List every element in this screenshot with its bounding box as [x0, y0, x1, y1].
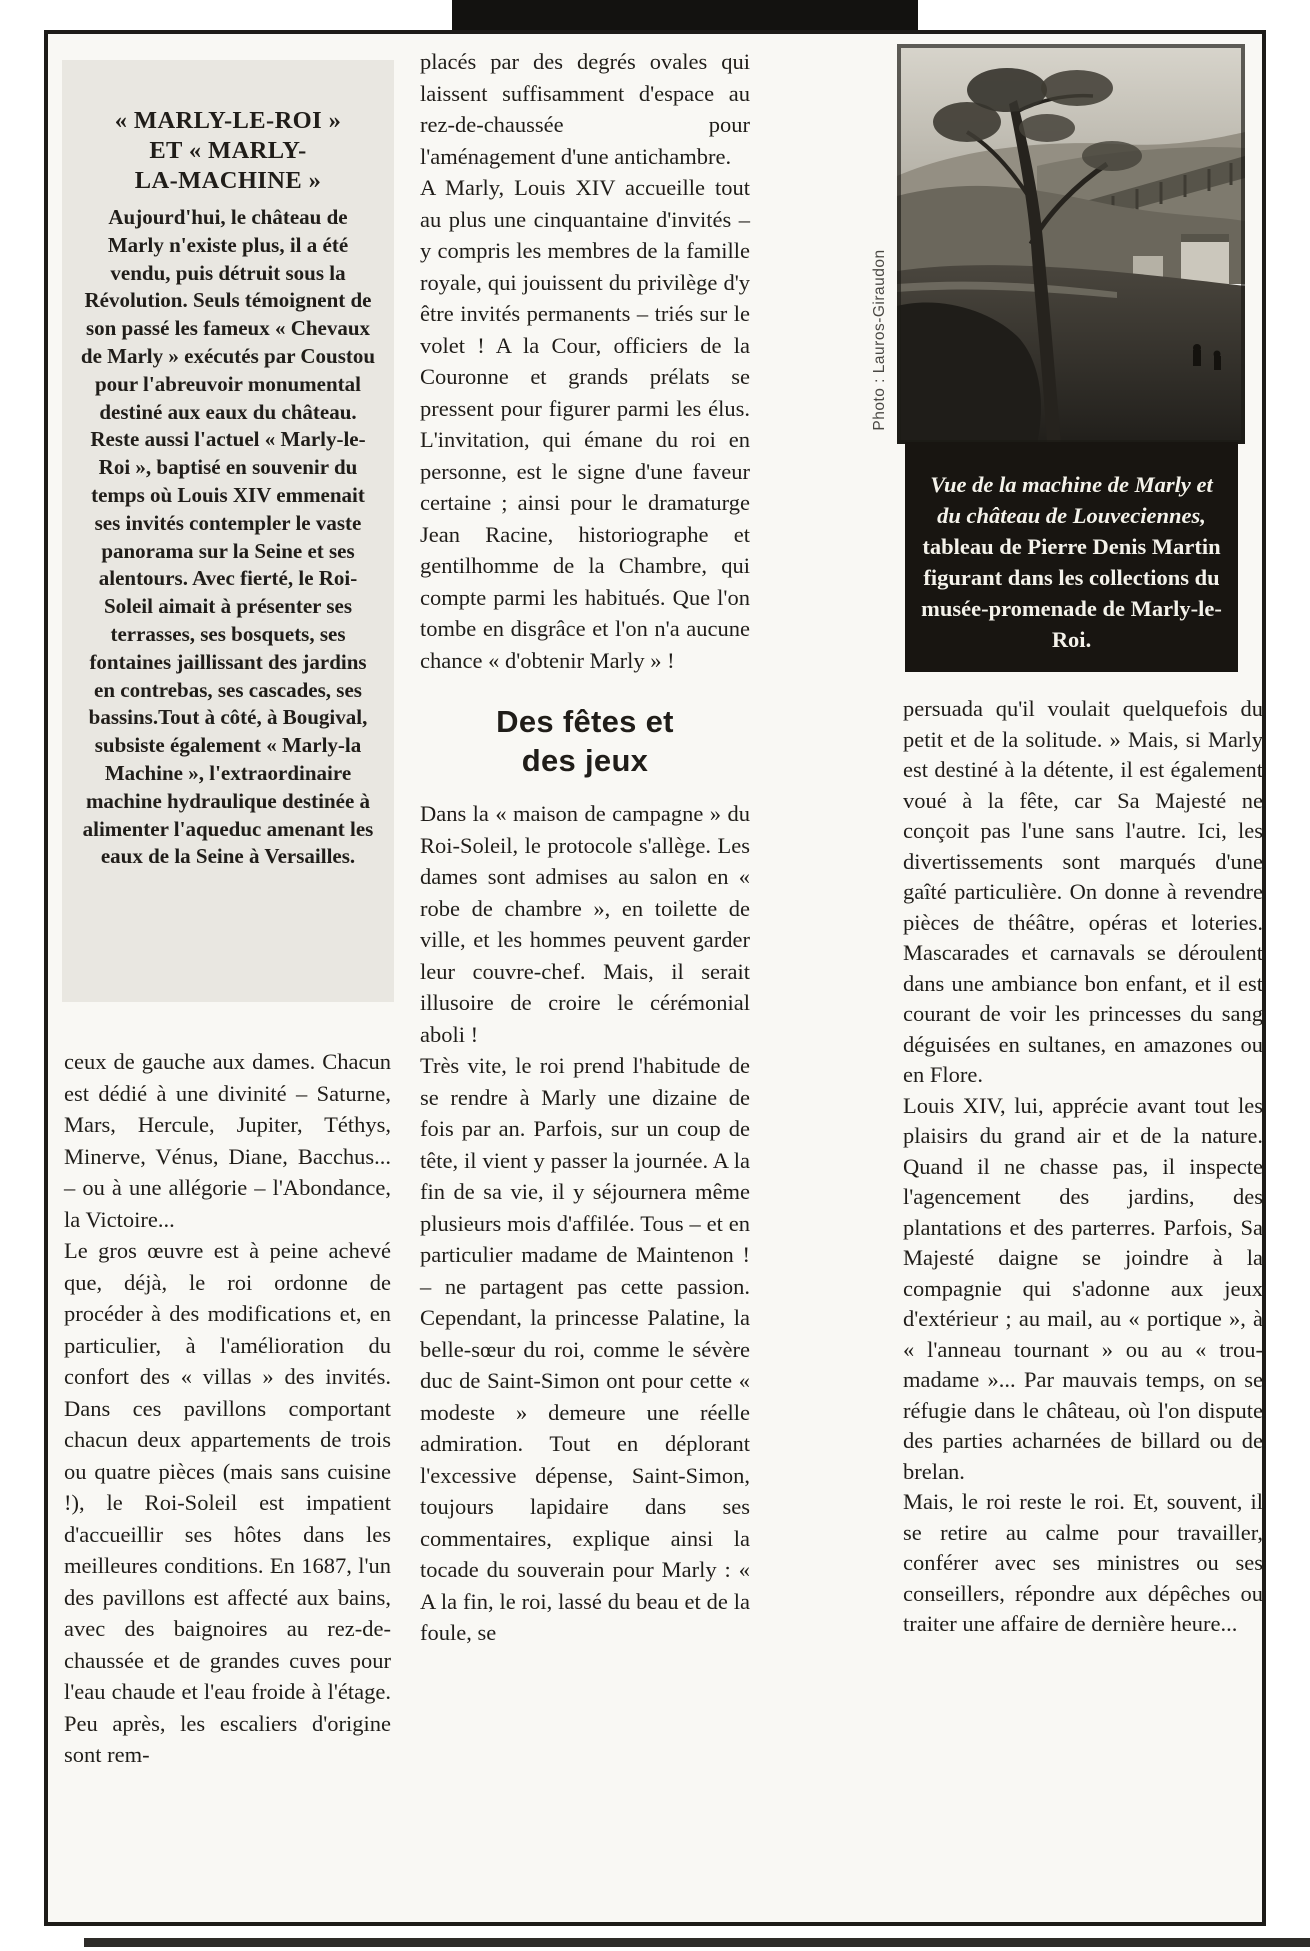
right-column: persuada qu'il voulait quelquefois du pe… [903, 694, 1263, 1640]
magazine-page-scan: « MARLY-LE-ROI » ET « MARLY- LA-MACHINE … [0, 0, 1310, 1951]
scan-edge-top-bar [452, 0, 918, 30]
caption-title: Vue de la machine de Marly et du château… [930, 472, 1212, 528]
info-box-title-line: « MARLY-LE-ROI » [78, 106, 378, 136]
body-paragraph: Dans la « maison de campagne » du Roi-So… [420, 798, 750, 1050]
body-paragraph: Mais, le roi reste le roi. Et, souvent, … [903, 1487, 1263, 1640]
photo-credit: Photo : Lauros-Giraudon [871, 204, 891, 476]
info-box-marly: « MARLY-LE-ROI » ET « MARLY- LA-MACHINE … [62, 60, 394, 1002]
caption-text: tableau de Pierre Denis Martin figurant … [921, 534, 1222, 652]
caption-box: Vue de la machine de Marly et du château… [905, 442, 1238, 672]
body-paragraph: A Marly, Louis XIV accueille tout au plu… [420, 172, 750, 676]
left-column: ceux de gauche aux dames. Chacun est déd… [64, 1046, 391, 1771]
body-paragraph: ceux de gauche aux dames. Chacun est déd… [64, 1046, 391, 1235]
body-paragraph: placés par des degrés ovales qui laissen… [420, 46, 750, 172]
section-heading: Des fêtes et des jeux [420, 702, 750, 780]
scan-edge-bottom-bar [84, 1938, 1310, 1947]
info-box-title: « MARLY-LE-ROI » ET « MARLY- LA-MACHINE … [78, 106, 378, 196]
middle-column: placés par des degrés ovales qui laissen… [420, 46, 750, 1649]
section-heading-line: des jeux [420, 741, 750, 780]
info-box-title-line: LA-MACHINE » [78, 166, 378, 196]
body-paragraph: Le gros œuvre est à peine achevé que, dé… [64, 1235, 391, 1771]
body-paragraph: Très vite, le roi prend l'habitude de se… [420, 1050, 750, 1649]
info-box-body: Aujourd'hui, le château de Marly n'exist… [78, 204, 378, 871]
section-heading-line: Des fêtes et [420, 702, 750, 741]
info-box-title-line: ET « MARLY- [78, 136, 378, 166]
body-paragraph: persuada qu'il voulait quelquefois du pe… [903, 694, 1263, 1091]
body-paragraph: Louis XIV, lui, apprécie avant tout les … [903, 1091, 1263, 1488]
painting-image [897, 44, 1245, 444]
